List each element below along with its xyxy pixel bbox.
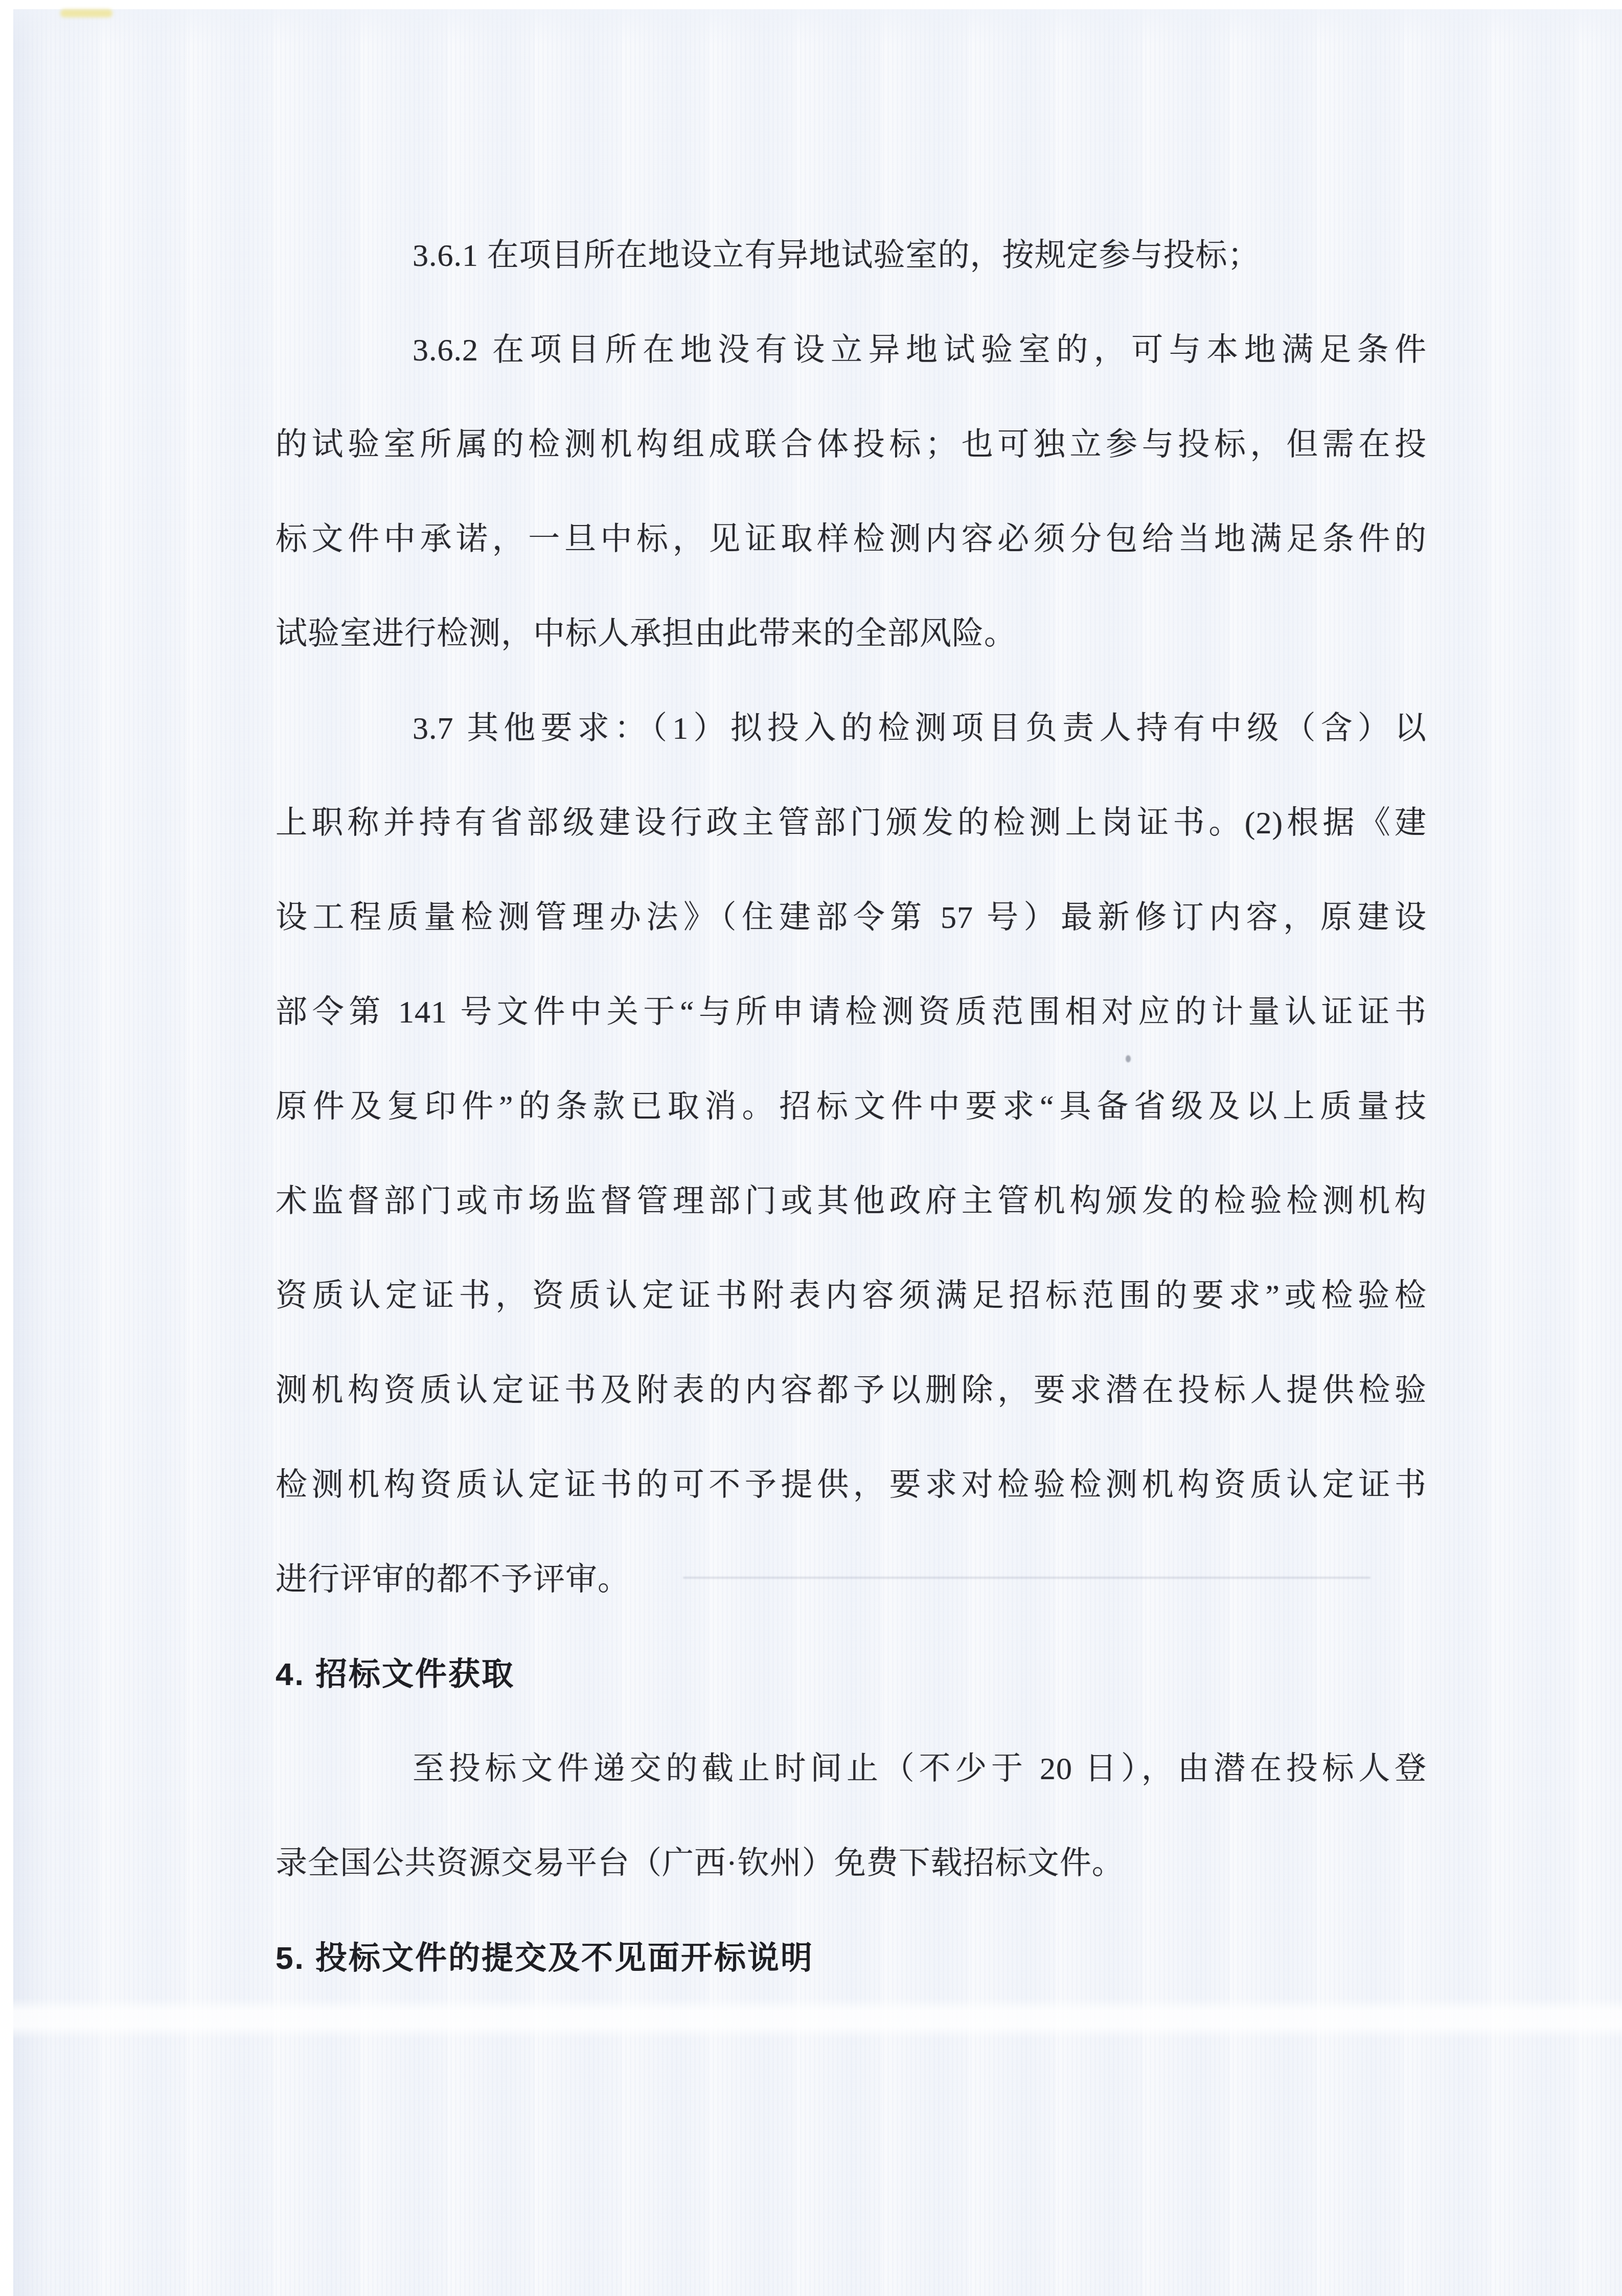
text-line: 3.7 其他要求：（1）拟投入的检测项目负责人持有中级（含）以 xyxy=(276,681,1427,776)
text-line: 试验室进行检测，中标人承担由此带来的全部风险。 xyxy=(276,587,1427,681)
text-line: 部令第 141 号文件中关于“与所申请检测资质范围相对应的计量认证证书 xyxy=(276,965,1427,1060)
text-line: 标文件中承诺，一旦中标，见证取样检测内容必须分包给当地满足条件的 xyxy=(276,492,1427,587)
text-line: 上职称并持有省部级建设行政主管部门颁发的检测上岗证书。(2)根据《建 xyxy=(276,776,1427,871)
text-line: 检测机构资质认定证书的可不予提供，要求对检验检测机构资质认定证书 xyxy=(276,1438,1427,1533)
section-heading: 4. 招标文件获取 xyxy=(276,1627,1427,1722)
text-line: 3.6.2 在项目所在地没有设立异地试验室的，可与本地满足条件 xyxy=(276,303,1427,398)
document-body: 3.6.1 在项目所在地设立有异地试验室的，按规定参与投标； 3.6.2 在项目… xyxy=(276,209,1427,2006)
text-line: 原件及复印件”的条款已取消。招标文件中要求“具备省级及以上质量技 xyxy=(276,1060,1427,1154)
text-line: 设工程质量检测管理办法》（住建部令第 57 号）最新修订内容，原建设 xyxy=(276,871,1427,965)
text-line: 进行评审的都不予评审。 xyxy=(276,1533,1427,1627)
scan-artifact-yellow-smudge xyxy=(60,9,112,17)
text-line: 术监督部门或市场监督管理部门或其他政府主管机构颁发的检验检测机构 xyxy=(276,1154,1427,1249)
text-line: 测机构资质认定证书及附表的内容都予以删除，要求潜在投标人提供检验 xyxy=(276,1344,1427,1438)
text-line: 资质认定证书，资质认定证书附表内容须满足招标范围的要求”或检验检 xyxy=(276,1249,1427,1344)
text-line: 的试验室所属的检测机构组成联合体投标；也可独立参与投标，但需在投 xyxy=(276,398,1427,492)
text-line: 3.6.1 在项目所在地设立有异地试验室的，按规定参与投标； xyxy=(276,209,1427,303)
section-heading: 5. 投标文件的提交及不见面开标说明 xyxy=(276,1911,1427,2006)
text-line: 录全国公共资源交易平台（广西·钦州）免费下载招标文件。 xyxy=(276,1816,1427,1911)
scanned-page: 3.6.1 在项目所在地设立有异地试验室的，按规定参与投标； 3.6.2 在项目… xyxy=(13,9,1622,2296)
text-line: 至投标文件递交的截止时间止（不少于 20 日），由潜在投标人登 xyxy=(276,1722,1427,1816)
